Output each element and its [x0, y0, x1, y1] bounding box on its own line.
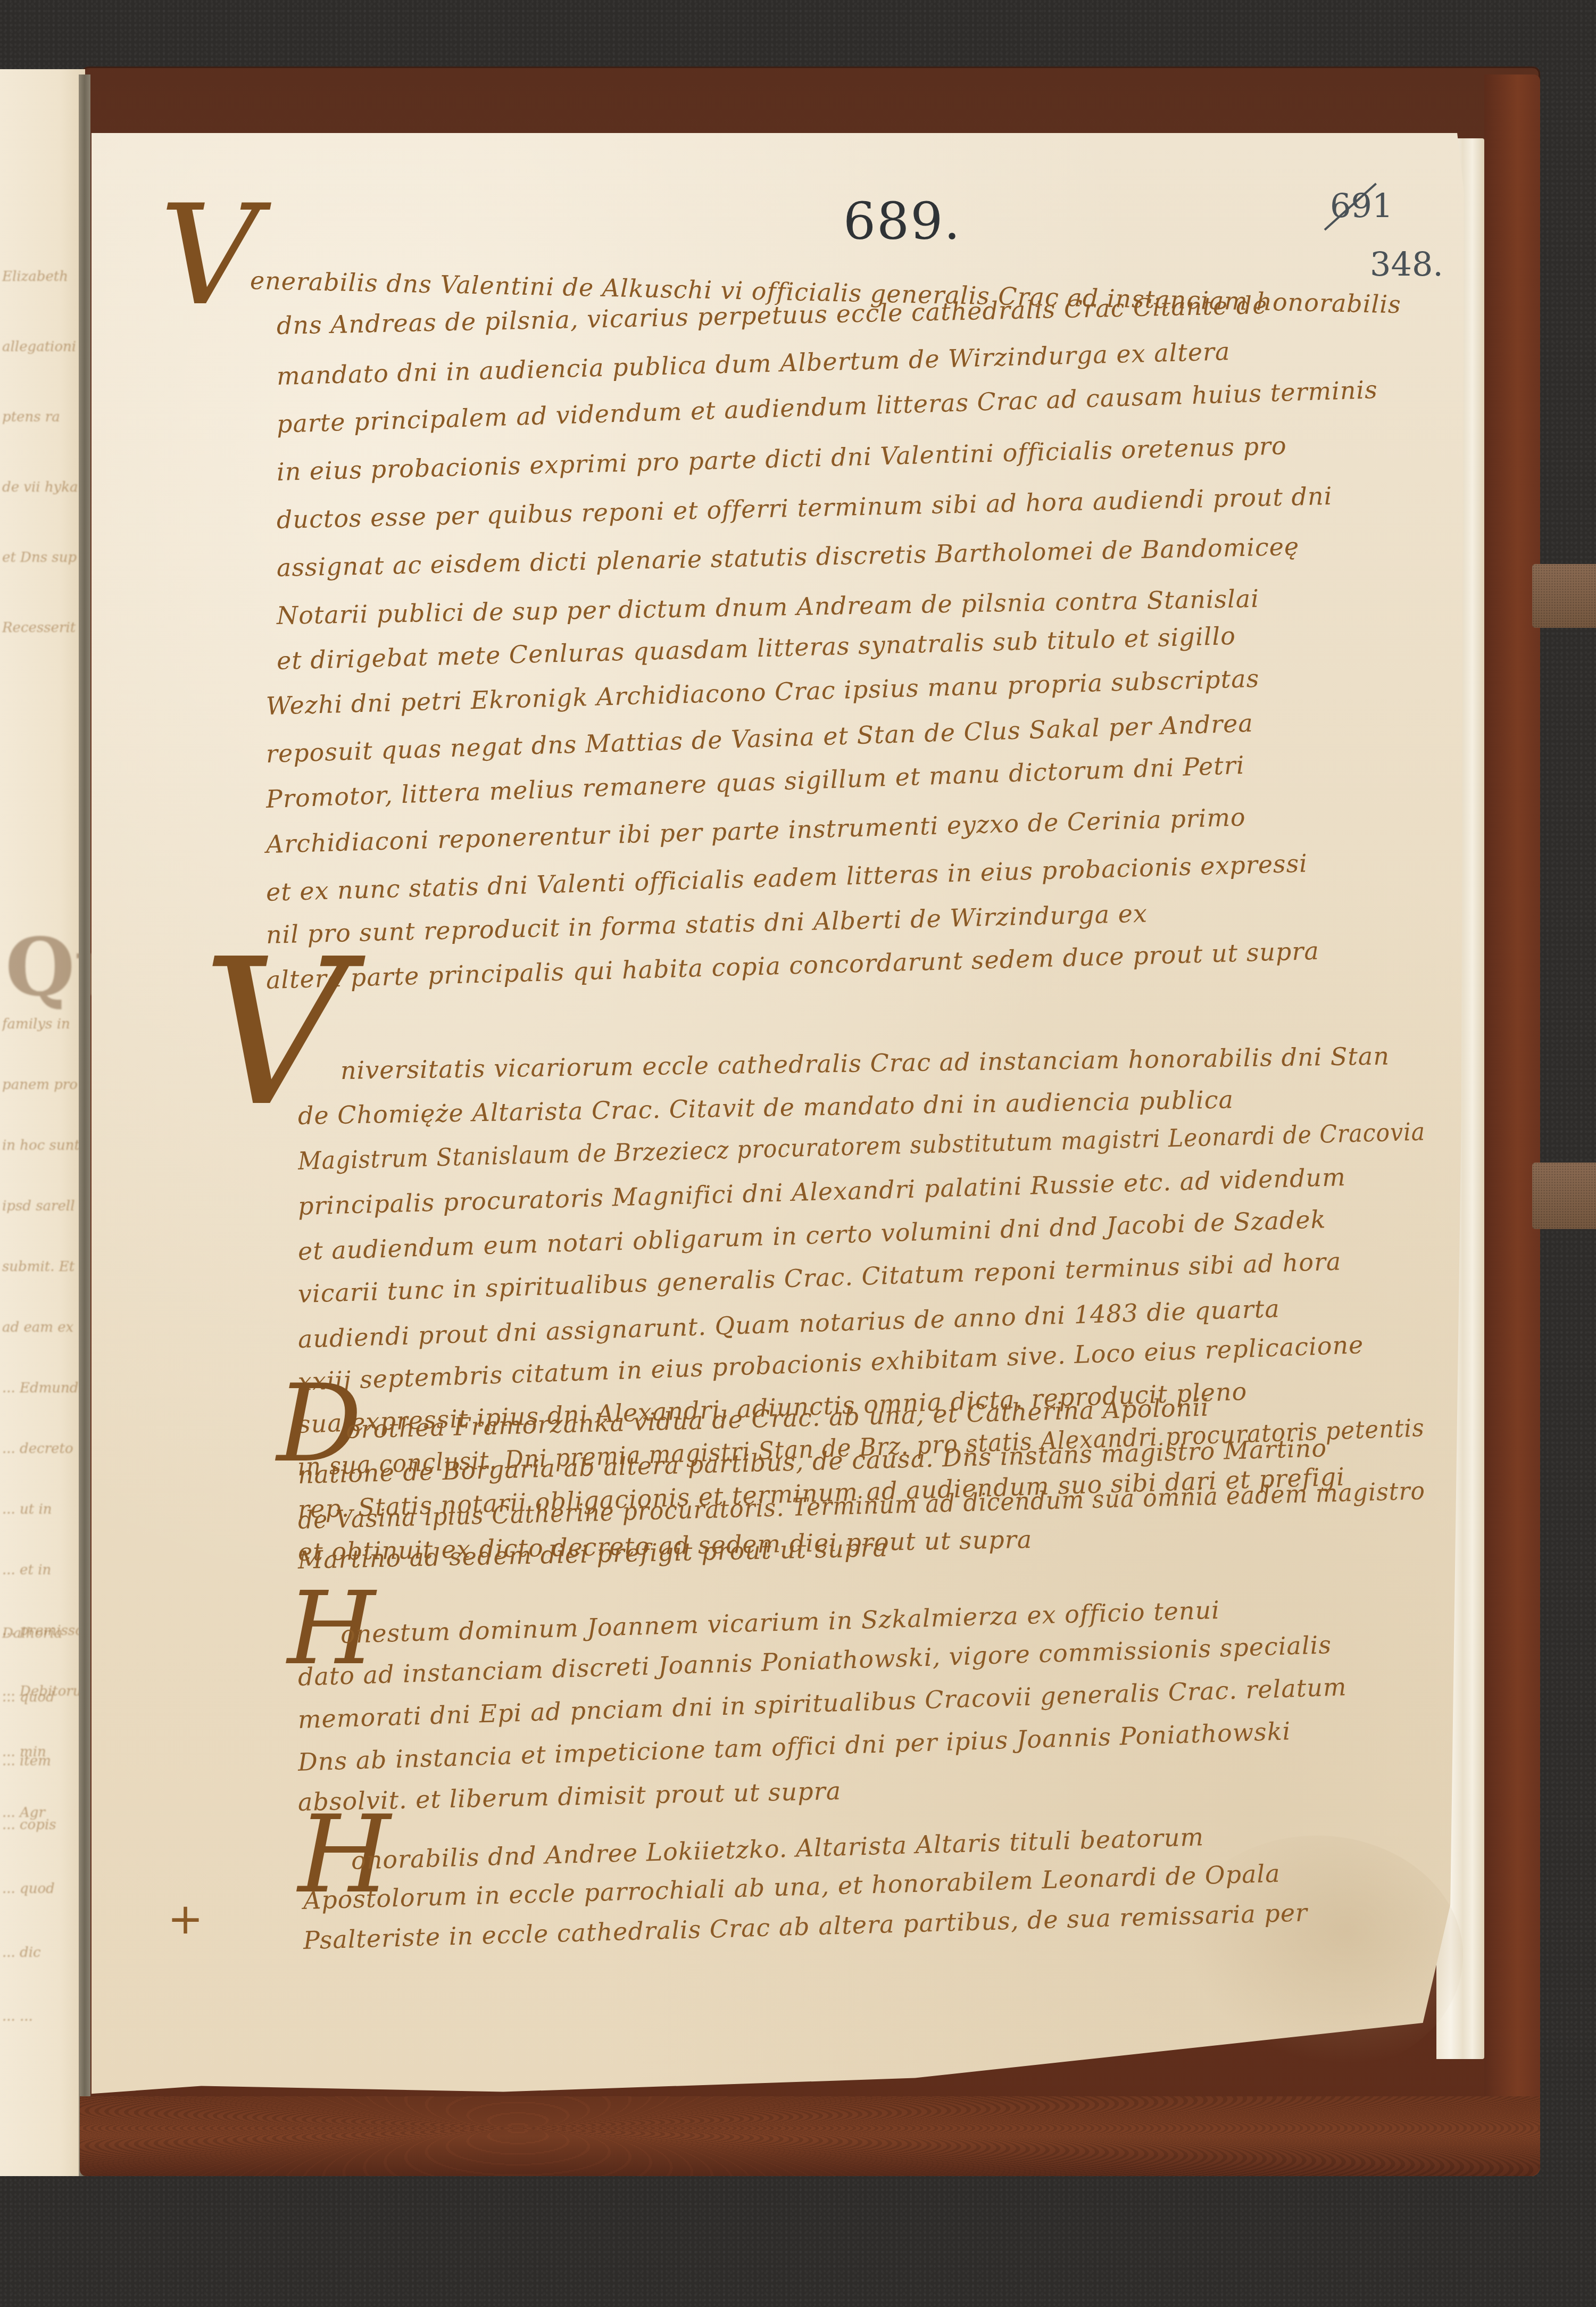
folio-number: 689. — [843, 192, 961, 251]
margin-cross-mark: + — [168, 1894, 203, 1944]
folio-number-struck: 691 — [1330, 186, 1393, 225]
book-gutter — [79, 74, 90, 2176]
leather-binding-bottom — [80, 2096, 1540, 2176]
clasp-strap-bottom — [1532, 1163, 1596, 1229]
facing-page-text-low: Dalhoria ... quod ... item ... copis ...… — [2, 1580, 82, 2070]
facing-page-left: Elizabeth allegationi ptens ra de vii hy… — [0, 69, 85, 2176]
binding-fore-edge — [1484, 74, 1540, 2176]
clasp-strap-top — [1532, 564, 1596, 628]
folio-number-secondary: 348. — [1370, 245, 1443, 284]
facing-page-text-top: Elizabeth allegationi ptens ra de vii hy… — [2, 218, 82, 686]
decorated-initial: V — [160, 176, 260, 336]
